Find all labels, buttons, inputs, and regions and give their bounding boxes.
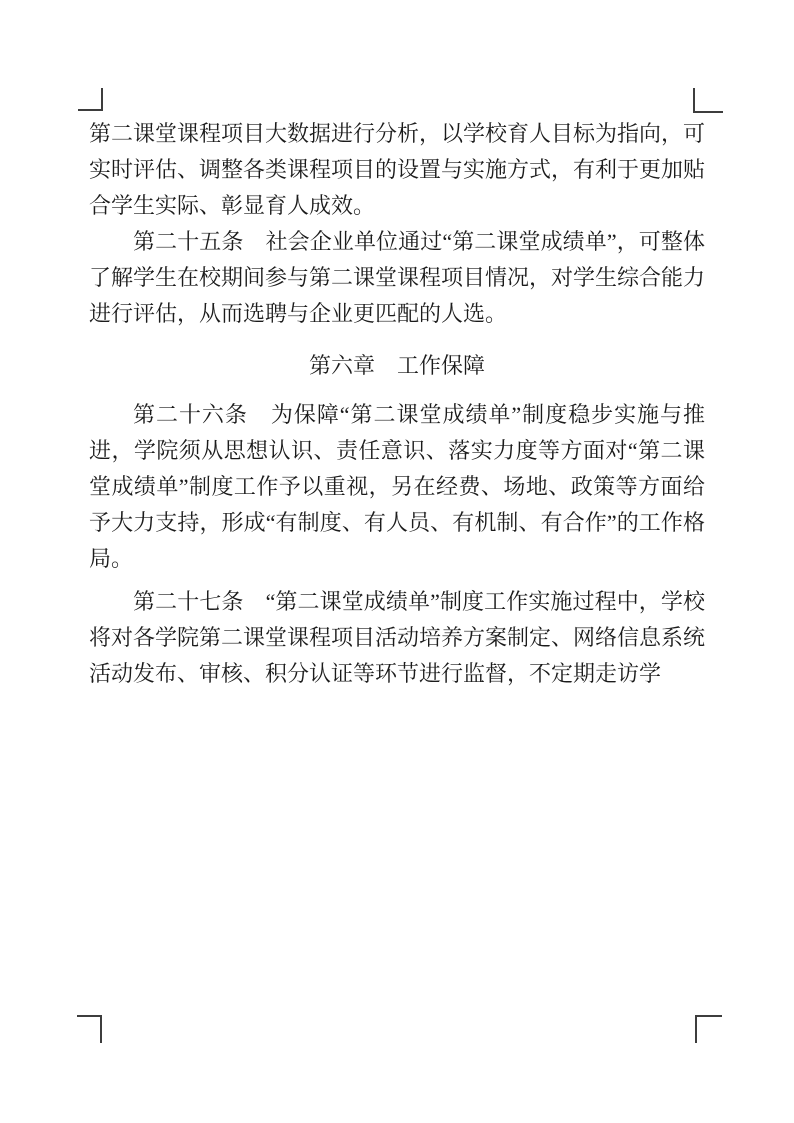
paragraph-article-25: 第二十五条 社会企业单位通过“第二课堂成绩单”，可整体了解学生在校期间参与第二课… <box>89 224 705 332</box>
crop-mark-top-left <box>78 88 103 111</box>
document-page: 第二课堂课程项目大数据进行分析，以学校育人目标为指向，可实时评估、调整各类课程项… <box>0 0 794 1123</box>
document-body: 第二课堂课程项目大数据进行分析，以学校育人目标为指向，可实时评估、调整各类课程项… <box>89 116 705 692</box>
crop-mark-top-right <box>693 88 723 113</box>
chapter-heading: 第六章 工作保障 <box>89 348 705 384</box>
paragraph-continuation: 第二课堂课程项目大数据进行分析，以学校育人目标为指向，可实时评估、调整各类课程项… <box>89 116 705 224</box>
crop-mark-bottom-right <box>695 1015 722 1043</box>
paragraph-article-27: 第二十七条 “第二课堂成绩单”制度工作实施过程中，学校将对各学院第二课堂课程项目… <box>89 584 705 692</box>
crop-mark-bottom-left <box>77 1015 102 1043</box>
paragraph-article-26: 第二十六条 为保障“第二课堂成绩单”制度稳步实施与推进，学院须从思想认识、责任意… <box>89 397 705 577</box>
